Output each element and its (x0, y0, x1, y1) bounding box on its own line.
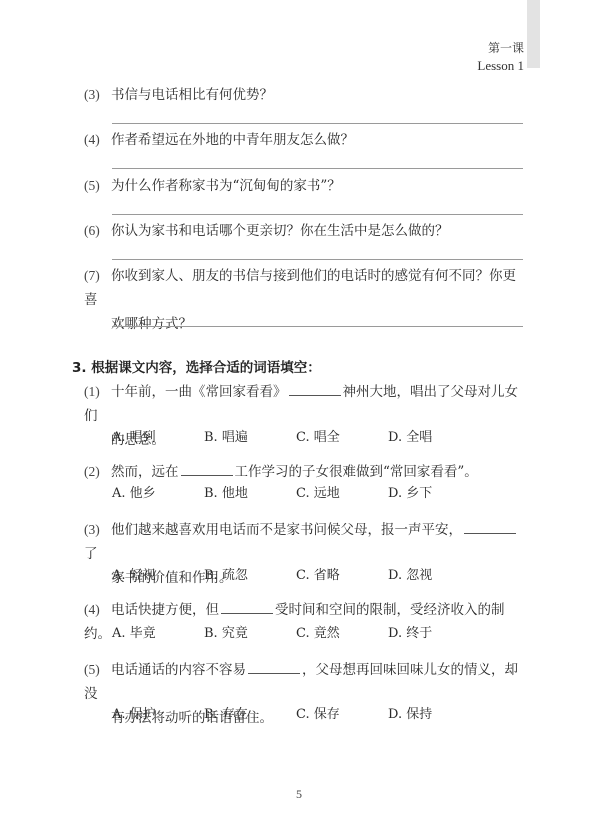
option-c[interactable]: C. 唱全 (296, 428, 388, 448)
option-d[interactable]: D. 乡下 (388, 484, 480, 504)
option-b[interactable]: B. 他地 (204, 484, 296, 504)
item-number: (1) (84, 380, 111, 404)
question-text-cont: 欢哪种方式？ (84, 312, 524, 336)
options-4: A. 毕竟 B. 究竟 C. 竟然 D. 终于 (112, 624, 480, 644)
options-5: A. 保护 B. 存在 C. 保存 D. 保持 (112, 705, 480, 725)
option-a[interactable]: A. 唱到 (112, 428, 204, 448)
lesson-title-en: Lesson 1 (477, 57, 524, 74)
question-text: 你收到家人、朋友的书信与接到他们的电话时的感觉有何不同？你更喜 (84, 268, 516, 308)
option-c[interactable]: C. 竟然 (296, 624, 388, 644)
lesson-title-cn: 第一课 (477, 40, 524, 57)
option-a[interactable]: A. 毕竟 (112, 624, 204, 644)
item-number: (4) (84, 598, 111, 622)
question-4: (4)作者希望远在外地的中青年朋友怎么做？ (84, 128, 524, 152)
item-text: 然而，远在 (111, 464, 179, 480)
question-number: (4) (84, 128, 111, 152)
option-b[interactable]: B. 究竟 (204, 624, 296, 644)
question-text: 书信与电话相比有何优势？ (111, 87, 273, 103)
question-6: (6)你认为家书和电话哪个更亲切？你在生活中是怎么做的？ (84, 219, 524, 243)
item-text: 他们越来越喜欢用电话而不是家书问候父母，报一声平安， (111, 522, 462, 538)
answer-line[interactable] (112, 123, 523, 124)
fill-item-2: (2)然而，远在工作学习的子女很难做到“常回家看看”。 (84, 460, 524, 484)
question-number: (7) (84, 264, 111, 288)
option-a[interactable]: A. 保护 (112, 705, 204, 725)
item-text: 了 (84, 546, 98, 562)
question-3: (3)书信与电话相比有何优势？ (84, 83, 524, 107)
answer-line[interactable] (112, 168, 523, 169)
option-d[interactable]: D. 全唱 (388, 428, 480, 448)
page-number: 5 (296, 787, 302, 802)
fill-blank[interactable] (248, 659, 300, 674)
option-a[interactable]: A. 轻视 (112, 566, 204, 586)
answer-line[interactable] (112, 259, 523, 260)
item-number: (2) (84, 460, 111, 484)
option-b[interactable]: B. 存在 (204, 705, 296, 725)
answer-line[interactable] (112, 214, 523, 215)
item-text: 电话通话的内容不容易 (111, 662, 246, 678)
option-c[interactable]: C. 省略 (296, 566, 388, 586)
item-text: 十年前，一曲《常回家看看》 (111, 384, 287, 400)
fill-blank[interactable] (289, 381, 341, 396)
fill-blank[interactable] (181, 461, 233, 476)
item-text: 工作学习的子女很难做到“常回家看看”。 (235, 464, 478, 480)
question-number: (5) (84, 174, 111, 198)
option-b[interactable]: B. 唱遍 (204, 428, 296, 448)
item-number: (3) (84, 518, 111, 542)
option-b[interactable]: B. 疏忽 (204, 566, 296, 586)
item-text: 电话快捷方便，但 (111, 602, 219, 618)
options-1: A. 唱到 B. 唱遍 C. 唱全 D. 全唱 (112, 428, 480, 448)
page-edge-tab (527, 0, 540, 68)
option-c[interactable]: C. 保存 (296, 705, 388, 725)
options-3: A. 轻视 B. 疏忽 C. 省略 D. 忽视 (112, 566, 480, 586)
answer-line[interactable] (112, 326, 523, 327)
question-5: (5)为什么作者称家书为“沉甸甸的家书”？ (84, 174, 524, 198)
question-number: (3) (84, 83, 111, 107)
question-number: (6) (84, 219, 111, 243)
section-title: 3. 根据课文内容，选择合适的词语填空： (72, 356, 321, 376)
question-text: 为什么作者称家书为“沉甸甸的家书”？ (111, 178, 341, 194)
fill-blank[interactable] (221, 599, 273, 614)
item-number: (5) (84, 658, 111, 682)
option-c[interactable]: C. 远地 (296, 484, 388, 504)
question-text: 你认为家书和电话哪个更亲切？你在生活中是怎么做的？ (111, 223, 449, 239)
lesson-header: 第一课 Lesson 1 (477, 40, 524, 74)
options-2: A. 他乡 B. 他地 C. 远地 D. 乡下 (112, 484, 480, 504)
option-d[interactable]: D. 忽视 (388, 566, 480, 586)
option-d[interactable]: D. 保持 (388, 705, 480, 725)
question-text: 作者希望远在外地的中青年朋友怎么做？ (111, 132, 354, 148)
option-a[interactable]: A. 他乡 (112, 484, 204, 504)
fill-blank[interactable] (464, 519, 516, 534)
option-d[interactable]: D. 终于 (388, 624, 480, 644)
